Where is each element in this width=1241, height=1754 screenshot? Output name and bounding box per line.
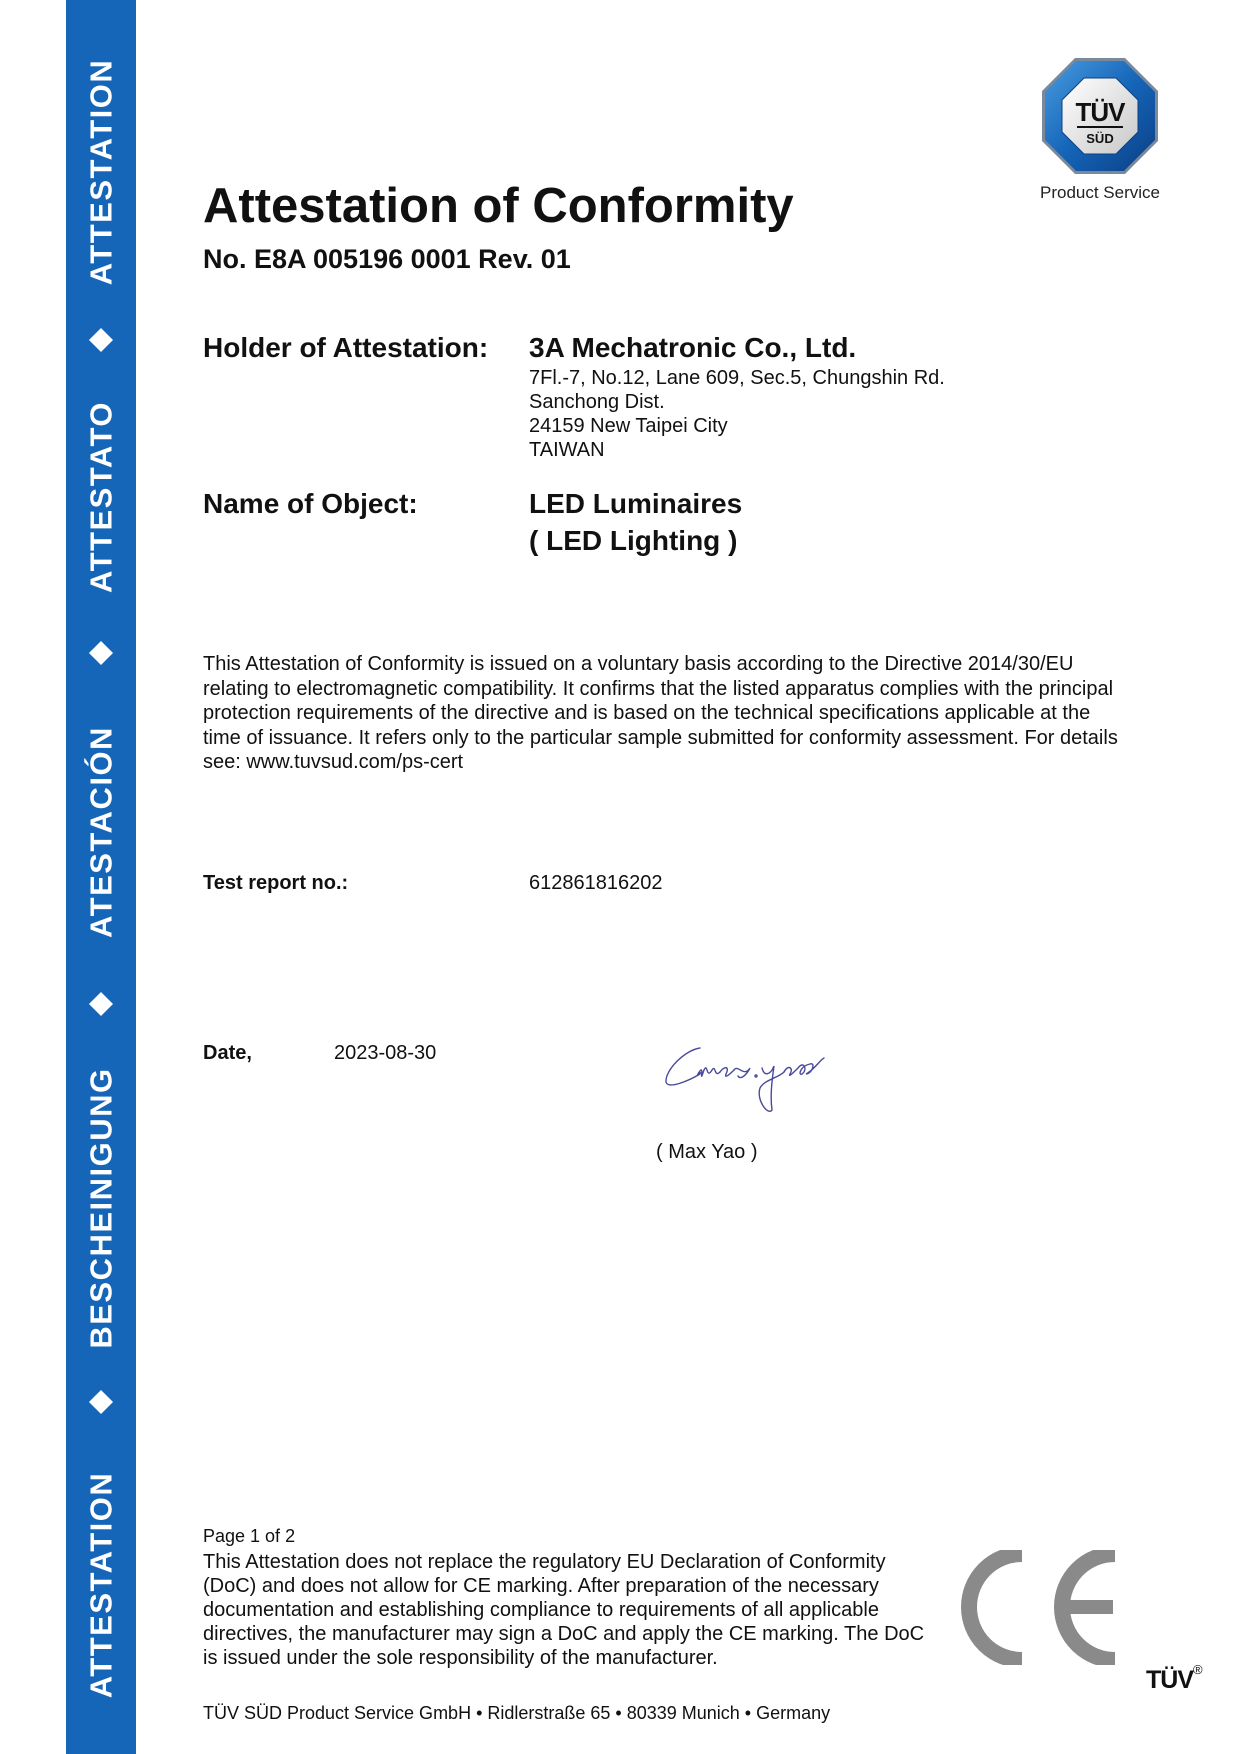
date-label: Date,: [203, 1042, 252, 1065]
tuv-registered-mark: TÜV®: [1146, 1666, 1202, 1695]
svg-text:SÜD: SÜD: [1086, 131, 1113, 146]
test-report-number: 612861816202: [529, 872, 662, 895]
certificate-number: No. E8A 005196 0001 Rev. 01: [203, 244, 571, 275]
diamond-icon: [89, 1390, 113, 1414]
side-word-attestato: ATTESTATO: [86, 401, 117, 593]
holder-label: Holder of Attestation:: [203, 332, 488, 364]
address-line: Sanchong Dist.: [529, 390, 945, 414]
tuv-sud-logo-icon: TÜV SÜD: [1040, 56, 1160, 176]
side-word-atestacion: ATESTACIÓN: [86, 726, 117, 938]
object-label: Name of Object:: [203, 488, 418, 520]
diamond-icon: [89, 992, 113, 1016]
address-line: 24159 New Taipei City: [529, 414, 945, 438]
svg-text:TÜV: TÜV: [1076, 97, 1127, 127]
side-band: ATTESTATION ATTESTATO ATESTACIÓN BESCHEI…: [66, 0, 136, 1754]
page-title: Attestation of Conformity: [203, 180, 794, 234]
holder-company: 3A Mechatronic Co., Ltd.: [529, 332, 856, 364]
address-line: TAIWAN: [529, 438, 945, 462]
object-subname: ( LED Lighting ): [529, 525, 737, 557]
registered-icon: ®: [1193, 1662, 1202, 1677]
test-report-label: Test report no.:: [203, 872, 348, 895]
signer-name: ( Max Yao ): [656, 1141, 758, 1164]
side-word-bescheinigung: BESCHEINIGUNG: [86, 1067, 117, 1348]
holder-address: 7Fl.-7, No.12, Lane 609, Sec.5, Chungshi…: [529, 366, 945, 462]
footer-address: TÜV SÜD Product Service GmbH • Ridlerstr…: [203, 1703, 830, 1724]
disclaimer-text: This Attestation does not replace the re…: [203, 1550, 933, 1670]
diamond-icon: [89, 328, 113, 352]
diamond-icon: [89, 641, 113, 665]
object-name: LED Luminaires: [529, 488, 742, 520]
date-value: 2023-08-30: [334, 1042, 436, 1065]
page-number: Page 1 of 2: [203, 1526, 295, 1547]
conformity-statement: This Attestation of Conformity is issued…: [203, 652, 1123, 775]
address-line: 7Fl.-7, No.12, Lane 609, Sec.5, Chungshi…: [529, 366, 945, 390]
side-word-attestation-bottom: ATTESTATION: [86, 1472, 117, 1699]
logo-caption: Product Service: [1010, 183, 1190, 203]
side-word-attestation: ATTESTATION: [86, 59, 117, 286]
ce-mark-icon: [960, 1550, 1125, 1665]
signature-icon: [660, 1040, 850, 1130]
